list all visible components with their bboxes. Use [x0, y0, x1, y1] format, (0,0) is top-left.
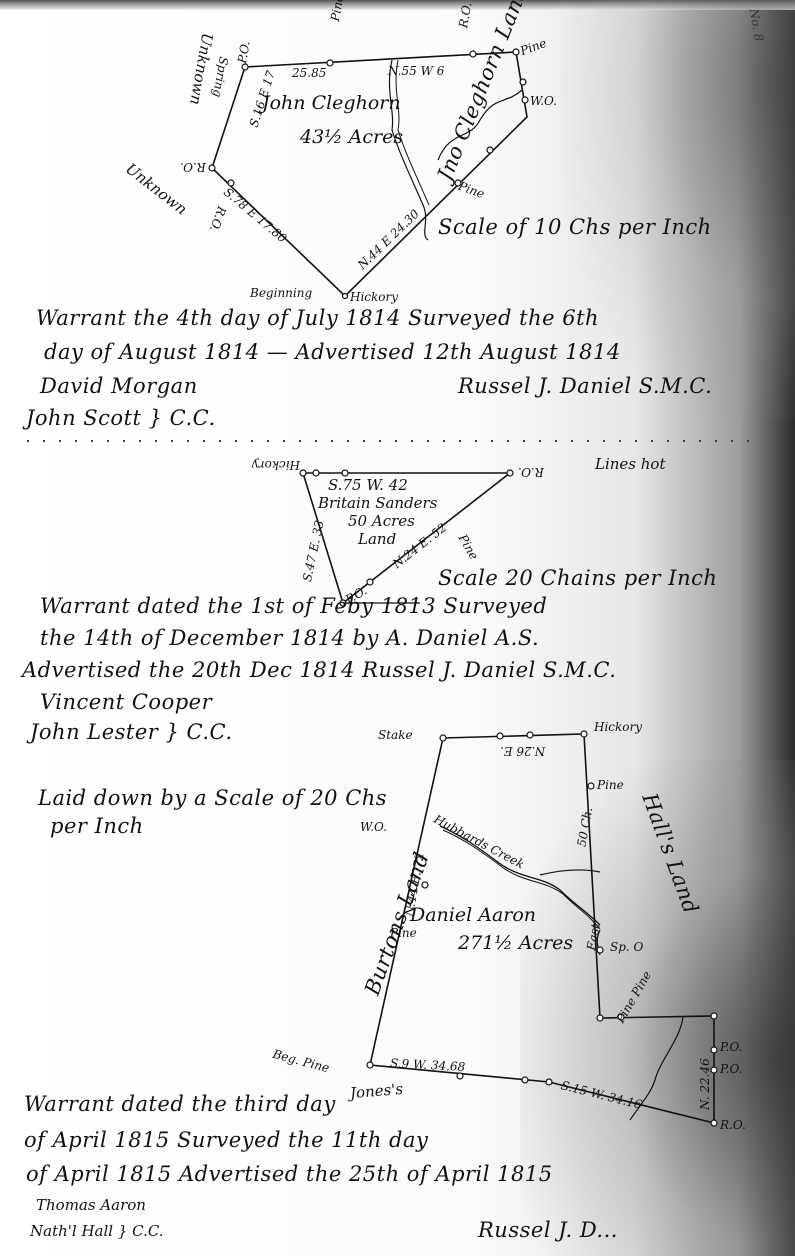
plat-2-call-1: S.75 W. 42	[328, 476, 408, 494]
plat-2-acreage: 50 Acres	[348, 512, 415, 530]
survey-1-line-1: Warrant the 4th day of July 1814 Surveye…	[36, 306, 599, 330]
plat-1-call-5: N.55 W 6	[388, 64, 444, 78]
plat-3-call-1: N.26 E.	[500, 744, 545, 758]
plat-3-corner-po-2: P.O.	[720, 1062, 742, 1076]
survey-2-line-1: Warrant dated the 1st of Feby 1813 Surve…	[40, 594, 547, 618]
plat-1-call-4: 25.85	[292, 66, 326, 80]
plat-3-corner-spo: Sp. O	[610, 940, 643, 954]
plat-2-label: Land	[358, 530, 396, 548]
plat-3-corner-pine: Pine	[597, 778, 624, 792]
plat-2-corner-hickory: Hickory	[252, 458, 300, 472]
survey-2-line-2: the 14th of December 1814 by A. Daniel A…	[40, 626, 539, 650]
survey-1-line-4: John Scott } C.C.	[26, 406, 216, 430]
plat-1-beginning-label: Beginning	[250, 286, 312, 300]
plat-2-scale: Scale 20 Chains per Inch	[438, 566, 717, 590]
plat-1-corner-wo: W.O.	[530, 94, 557, 108]
survey-3-line-4: Thomas Aaron	[36, 1196, 146, 1214]
plat-2-owner: Britain Sanders	[318, 494, 437, 512]
plat-3-corner-wo: W.O.	[360, 820, 387, 834]
survey-3-line-2: of April 1815 Surveyed the 11th day	[24, 1128, 428, 1152]
plat-1-owner: John Cleghorn	[262, 92, 401, 114]
plat-3-acreage: 271½ Acres	[458, 932, 573, 954]
survey-3-note-line-2: per Inch	[50, 814, 144, 838]
plat-1-acreage: 43½ Acres	[300, 126, 403, 148]
survey-1-line-3-left: David Morgan	[40, 374, 198, 398]
survey-1-line-2: day of August 1814 — Advertised 12th Aug…	[44, 340, 621, 364]
plat-3-corner-po: P.O.	[720, 1040, 742, 1054]
survey-3-signature: Russel J. D...	[478, 1218, 618, 1242]
survey-2-line-3: Advertised the 20th Dec 1814 Russel J. D…	[22, 658, 616, 682]
survey-2-line-5: John Lester } C.C.	[30, 720, 233, 744]
plat-3-corner-stake: Stake	[378, 728, 413, 742]
plat-3-corner-hickory: Hickory	[594, 720, 642, 734]
plat-3-owner: Daniel Aaron	[410, 904, 536, 926]
section-divider-1	[20, 440, 760, 442]
plat-2-corner-ro: R.O.	[518, 465, 544, 479]
survey-3-note-line-1: Laid down by a Scale of 20 Chs	[38, 786, 387, 810]
plat-1-hickory-label: Hickory	[350, 290, 398, 304]
plat-3-call-7: N. 22.46	[698, 1058, 712, 1110]
scanned-page: No. 8 John Cleghorn 43½ Acres Jno Clegho…	[0, 0, 795, 1256]
survey-3-line-1: Warrant dated the third day	[24, 1092, 336, 1116]
survey-1-signature: Russel J. Daniel S.M.C.	[458, 374, 712, 398]
plat-2-adjoining: Lines hot	[595, 455, 665, 473]
survey-3-line-5: Nath'l Hall } C.C.	[30, 1222, 164, 1240]
plat-3-corner-ro: R.O.	[720, 1118, 746, 1132]
plat-1-scale: Scale of 10 Chs per Inch	[438, 215, 712, 239]
survey-2-line-4: Vincent Cooper	[40, 690, 212, 714]
survey-3-line-3: of April 1815 Advertised the 25th of Apr…	[26, 1162, 553, 1186]
plat-1-corner-ro: R.O.	[180, 160, 206, 174]
